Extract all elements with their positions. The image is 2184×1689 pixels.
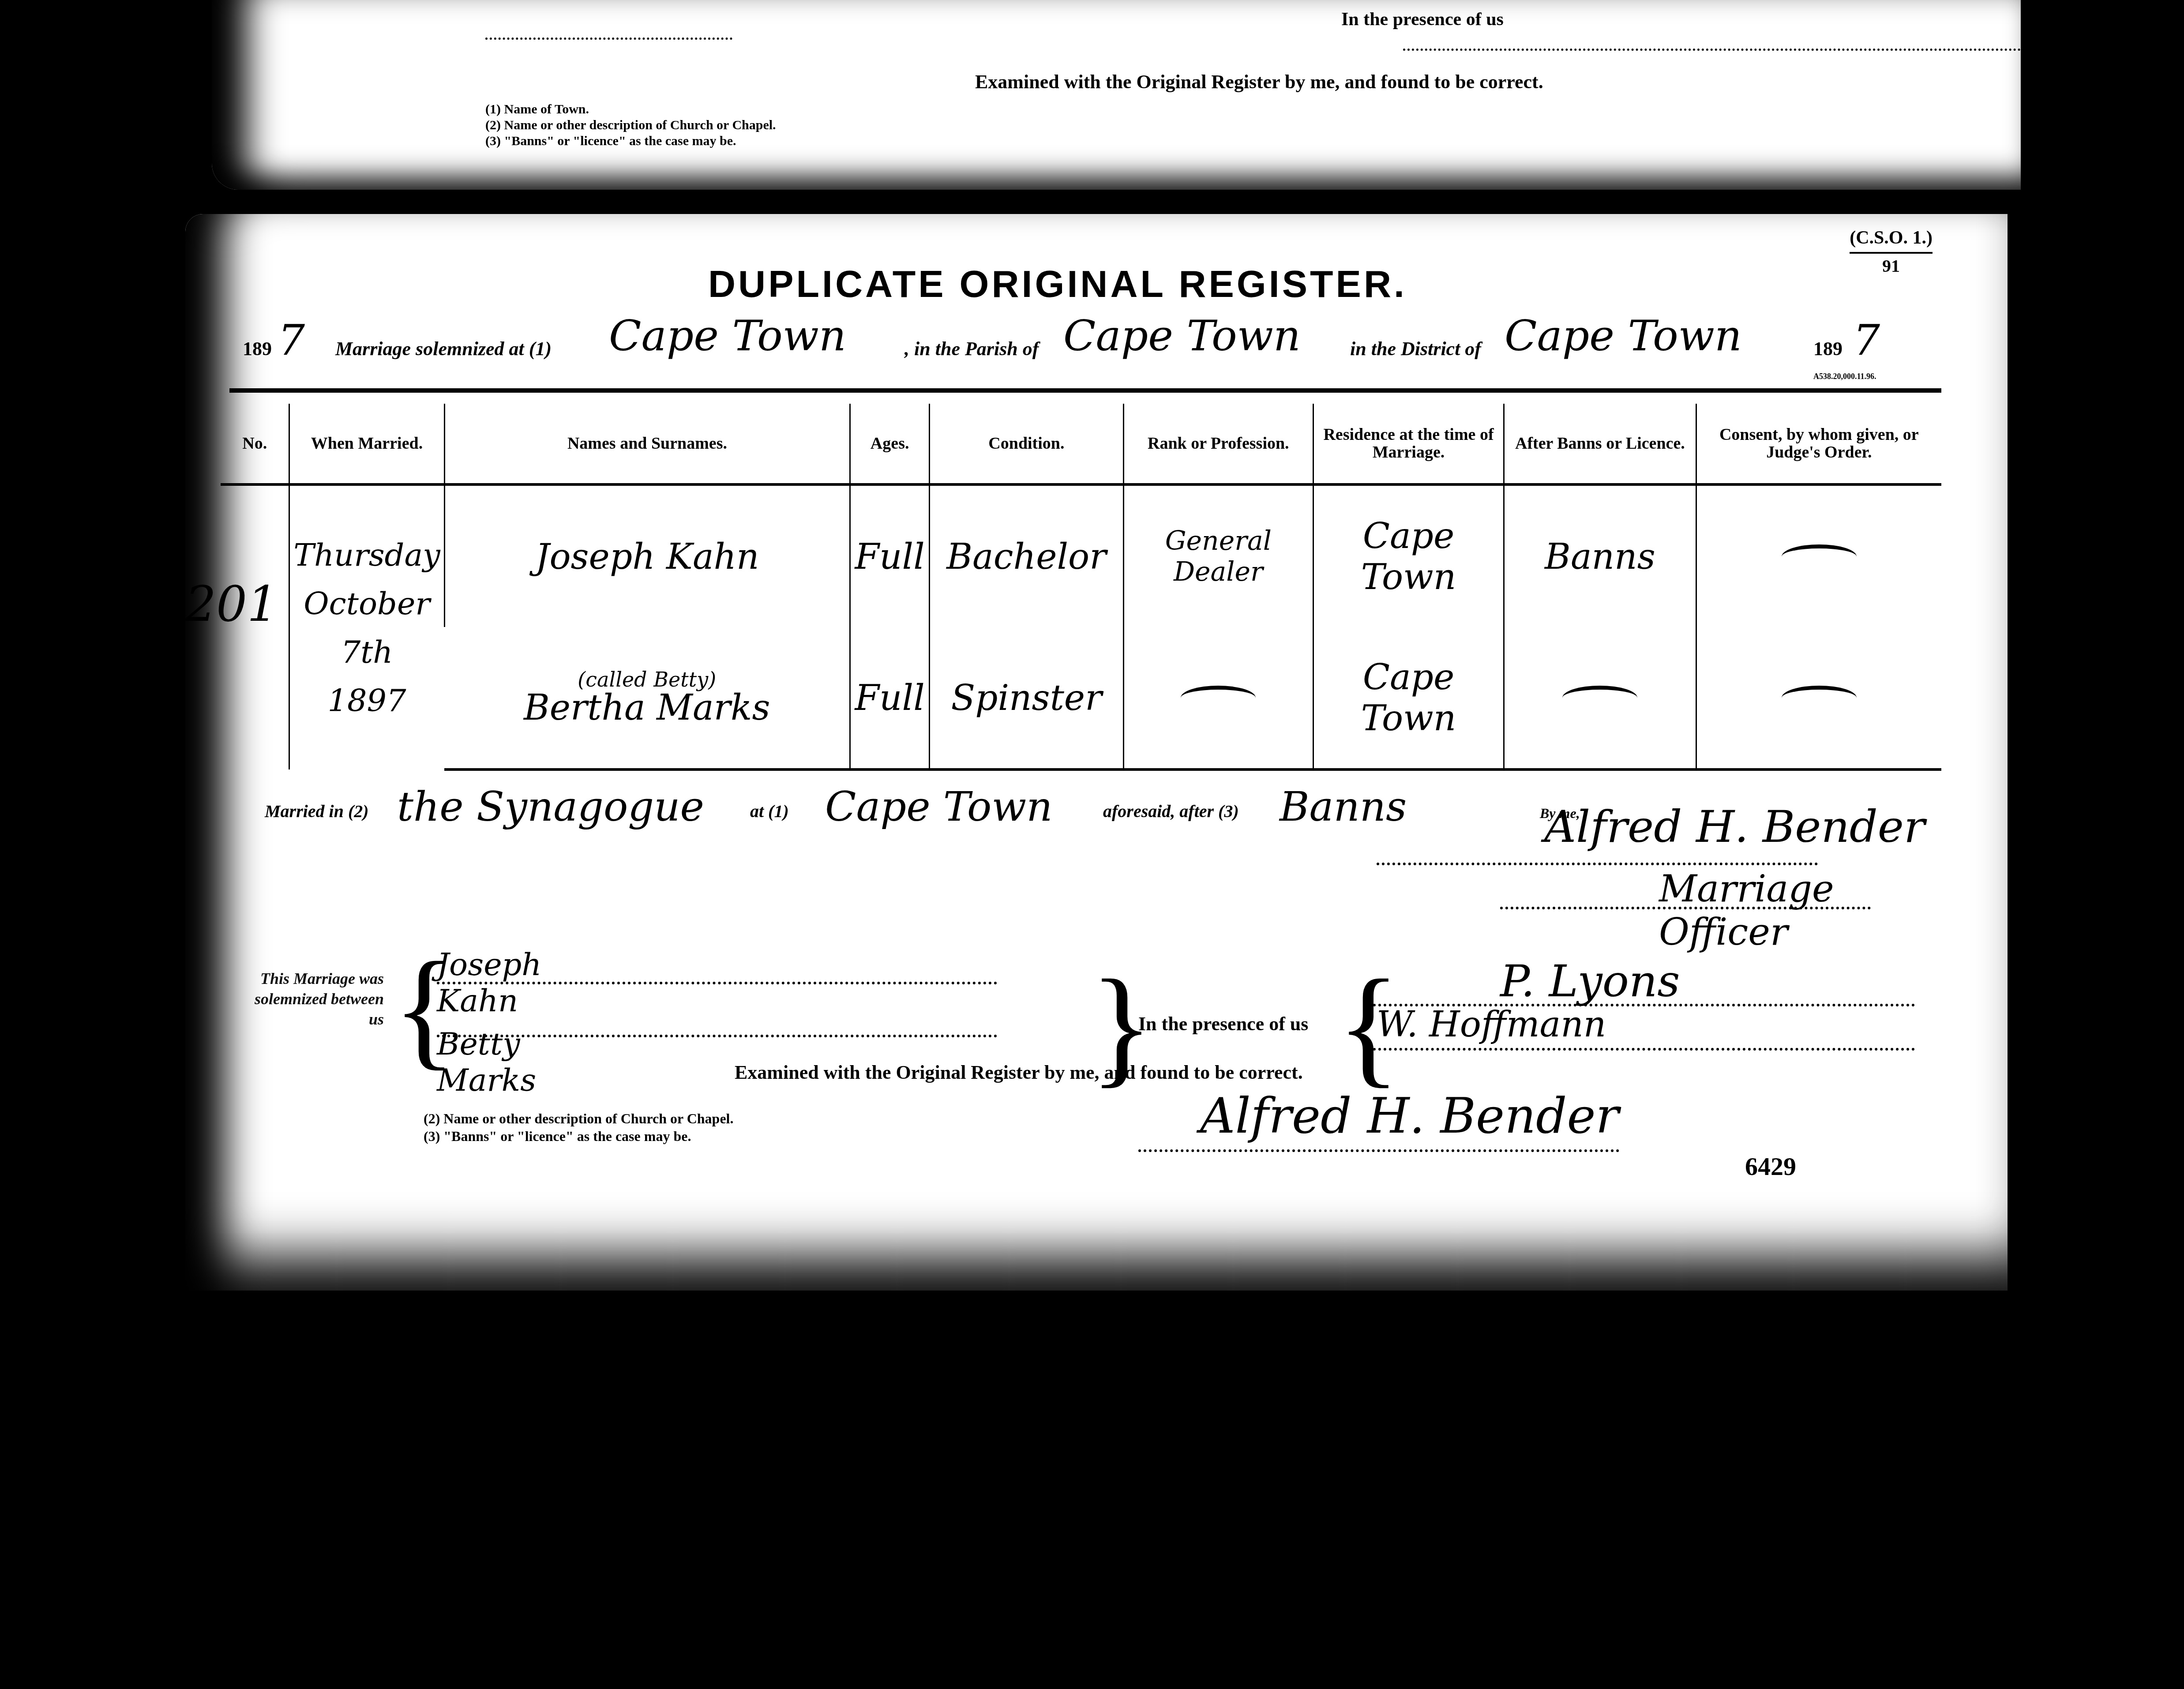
- name-value: Bertha Marks: [524, 687, 770, 728]
- footnotes: (1) Name of Town. (2) Name or other desc…: [485, 101, 776, 149]
- after-value: Banns: [1280, 783, 1407, 830]
- year-right-handwritten: 7: [1853, 315, 1880, 365]
- district-value: Cape Town: [1505, 311, 1742, 360]
- place-value: Cape Town: [825, 783, 1052, 830]
- blank-dash: [1181, 686, 1256, 710]
- presence-label: In the presence of us: [1138, 1013, 1308, 1035]
- footnote-1: (1) Name of Town.: [485, 101, 776, 117]
- column-header: Residence at the time of Marriage.: [1313, 404, 1504, 484]
- column-header: Names and Surnames.: [444, 404, 850, 484]
- column-header: After Banns or Licence.: [1504, 404, 1696, 484]
- signature-line: [437, 1035, 997, 1037]
- age-cell: Full: [850, 627, 930, 769]
- examiner-signature: Alfred H. Bender: [1200, 1088, 1619, 1144]
- header-rule: [229, 388, 1941, 393]
- year-prefix: 189: [243, 338, 272, 360]
- entry-number: 201: [185, 576, 278, 632]
- document-number: 6429: [1745, 1152, 1796, 1181]
- year-handwritten: 7: [278, 315, 305, 365]
- aforesaid-label: aforesaid, after (3): [1103, 801, 1239, 822]
- footnote-3: (3) "Banns" or "licence" as the case may…: [485, 133, 776, 149]
- district-label: in the District of: [1350, 338, 1481, 360]
- footnote-2: (2) Name or other description of Church …: [485, 117, 776, 133]
- at-label: at (1): [750, 801, 789, 822]
- signature-line: [485, 38, 732, 40]
- column-header: Rank or Profession.: [1123, 404, 1313, 484]
- blank-dash: [1782, 686, 1857, 710]
- column-header: No.: [221, 404, 289, 484]
- year: 1897: [293, 676, 440, 725]
- footnotes: (2) Name or other description of Church …: [424, 1110, 733, 1145]
- solemnized-at-value: Cape Town: [609, 311, 846, 360]
- banns-cell: Banns: [1504, 484, 1696, 627]
- register-table: No. When Married. Names and Surnames. Ag…: [221, 404, 1941, 771]
- solemnized-at-label: Marriage solemnized at (1): [335, 338, 552, 360]
- form-code-label: (C.S.O. 1.): [1850, 228, 1933, 248]
- profession-cell: General Dealer: [1123, 484, 1313, 627]
- signature-line: [437, 982, 997, 984]
- residence-cell: Cape Town: [1313, 627, 1504, 769]
- condition-cell: Spinster: [930, 627, 1124, 769]
- register-page: (C.S.O. 1.) 91 DUPLICATE ORIGINAL REGIST…: [185, 214, 2008, 1291]
- examiner-signature-line: [1138, 1149, 1619, 1152]
- banns-cell: [1504, 627, 1696, 769]
- column-header: Consent, by whom given, or Judge's Order…: [1696, 404, 1941, 484]
- witness-line: [1403, 49, 2021, 51]
- blank-dash: [1782, 544, 1857, 569]
- column-header: When Married.: [289, 404, 444, 484]
- column-header: Condition.: [930, 404, 1124, 484]
- married-in-label: Married in (2): [265, 801, 369, 822]
- date: October 7th: [293, 579, 440, 676]
- name-cell: Joseph Kahn: [444, 484, 850, 627]
- form-code: (C.S.O. 1.) 91: [1850, 227, 1933, 276]
- column-header: Ages.: [850, 404, 930, 484]
- consent-cell: [1696, 627, 1941, 769]
- form-number: 91: [1850, 252, 1933, 276]
- examined-statement: Examined with the Original Register by m…: [735, 1061, 1303, 1084]
- table-row: Thursday October 7th 1897 Joseph Kahn Fu…: [221, 484, 1941, 627]
- name-cell: (called Betty) Bertha Marks: [444, 627, 850, 769]
- examined-statement: Examined with the Original Register by m…: [975, 71, 1543, 93]
- previous-register-page: In the presence of us Examined with the …: [212, 0, 2021, 190]
- signature-line: [1368, 1048, 1915, 1051]
- witness-signature: W. Hoffmann: [1377, 1004, 1606, 1045]
- table-row: (called Betty) Bertha Marks Full Spinste…: [221, 627, 1941, 769]
- footnote-3: (3) "Banns" or "licence" as the case may…: [424, 1127, 733, 1145]
- footnote-2: (2) Name or other description of Church …: [424, 1110, 733, 1127]
- solemnized-line: 189 7 Marriage solemnized at (1) Cape To…: [243, 320, 1919, 377]
- age-cell: Full: [850, 484, 930, 627]
- presence-label: In the presence of us: [1341, 9, 1504, 30]
- title-line: [1500, 907, 1871, 909]
- when-married-cell: Thursday October 7th 1897: [289, 484, 444, 769]
- table-header-row: No. When Married. Names and Surnames. Ag…: [221, 404, 1941, 484]
- signature-line: [1377, 863, 1818, 865]
- condition-cell: Bachelor: [930, 484, 1124, 627]
- venue-value: the Synagogue: [397, 783, 704, 830]
- profession-cell: [1123, 627, 1313, 769]
- parish-label: , in the Parish of: [904, 338, 1039, 360]
- officiant-signature: Alfred H. Bender: [1544, 801, 1925, 852]
- blank-dash: [1562, 686, 1637, 710]
- weekday: Thursday: [293, 531, 440, 579]
- officiant-title: Marriage Officer: [1659, 867, 1972, 953]
- parish-value: Cape Town: [1063, 311, 1301, 360]
- residence-cell: Cape Town: [1313, 484, 1504, 627]
- year-right-prefix: 189: [1813, 338, 1843, 360]
- witness-signature: P. Lyons: [1500, 955, 1680, 1007]
- print-reference: A538.20,000.11.96.: [1813, 372, 1876, 381]
- parties-label: This Marriage was solemnized between us: [251, 968, 384, 1029]
- page-title: DUPLICATE ORIGINAL REGISTER.: [708, 263, 1407, 306]
- consent-cell: [1696, 484, 1941, 627]
